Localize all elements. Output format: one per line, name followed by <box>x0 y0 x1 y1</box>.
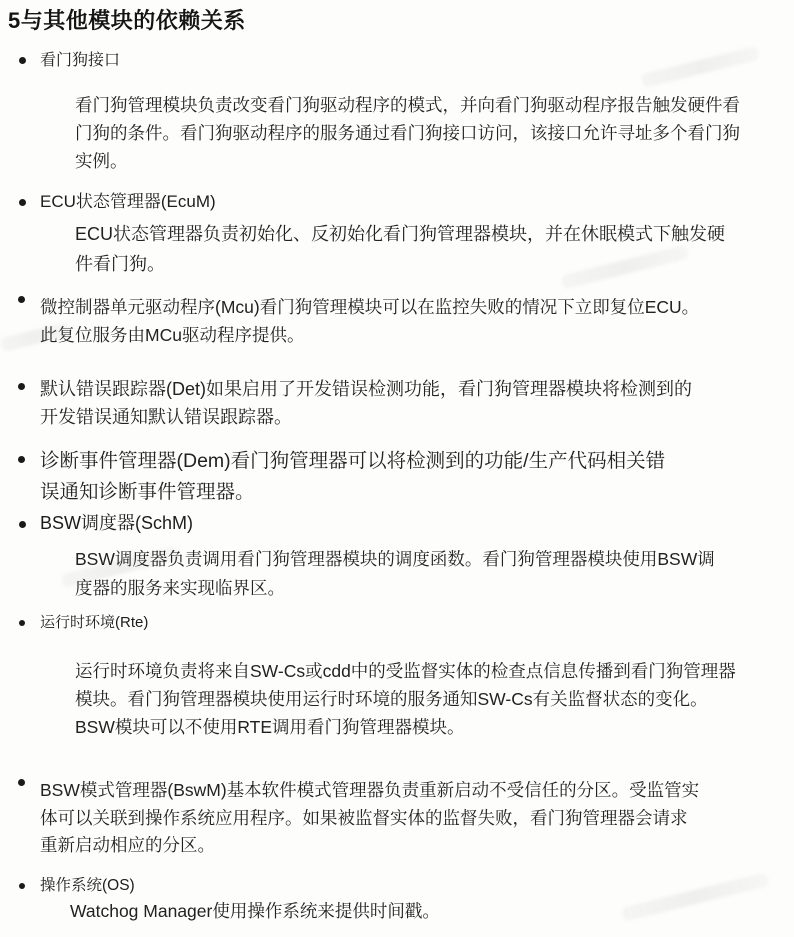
section-paragraph: BSW调度器负责调用看门狗管理器模块的调度函数。看门狗管理器模块使用BSW调度器… <box>75 545 715 603</box>
section-paragraph: 诊断事件管理器(Dem)看门狗管理器可以将检测到的功能/生产代码相关错误通知诊断… <box>40 446 670 508</box>
section-default-error-tracer: 默认错误跟踪器(Det)如果启用了开发错误检测功能，看门狗管理器模块将检测到的开… <box>0 375 794 431</box>
bullet-icon <box>19 620 25 626</box>
section-diagnostic-event-manager: 诊断事件管理器(Dem)看门狗管理器可以将检测到的功能/生产代码相关错误通知诊断… <box>0 446 794 508</box>
bullet-label: 操作系统(OS) <box>40 875 794 897</box>
section-paragraph: BSW模式管理器(BswM)基本软件模式管理器负责重新启动不受信任的分区。受监管… <box>40 777 700 860</box>
section-paragraph: 默认错误跟踪器(Det)如果启用了开发错误检测功能，看门狗管理器模块将检测到的开… <box>40 375 705 431</box>
bullet-label: ECU状态管理器(EcuM) <box>40 190 794 214</box>
bullet-icon <box>18 296 25 303</box>
section-paragraph: 看门狗管理模块负责改变看门狗驱动程序的模式，并向看门狗驱动程序报告触发硬件看门狗… <box>75 91 751 175</box>
bullet-icon <box>19 883 25 889</box>
bullet-icon <box>18 383 25 390</box>
section-watchdog-interface: 看门狗接口 看门狗管理模块负责改变看门狗驱动程序的模式，并向看门狗驱动程序报告触… <box>0 49 794 175</box>
section-mcu-driver: 微控制器单元驱动程序(Mcu)看门狗管理模块可以在监控失败的情况下立即复位ECU… <box>0 293 794 349</box>
section-bsw-scheduler: BSW调度器(SchM) BSW调度器负责调用看门狗管理器模块的调度函数。看门狗… <box>0 511 794 603</box>
bullet-icon <box>18 456 25 463</box>
document-page: 5与其他模块的依赖关系 看门狗接口 看门狗管理模块负责改变看门狗驱动程序的模式，… <box>0 0 794 937</box>
bullet-icon <box>19 521 26 528</box>
section-paragraph: ECU状态管理器负责初始化、反初始化看门狗管理器模块，并在休眠模式下触发硬件看门… <box>75 219 727 279</box>
bullet-label: BSW调度器(SchM) <box>40 511 794 536</box>
section-bsw-mode-manager: BSW模式管理器(BswM)基本软件模式管理器负责重新启动不受信任的分区。受监管… <box>0 777 794 860</box>
bullet-label: 看门狗接口 <box>40 49 794 72</box>
section-paragraph: 微控制器单元驱动程序(Mcu)看门狗管理模块可以在监控失败的情况下立即复位ECU… <box>40 293 705 349</box>
bullet-icon <box>19 199 26 206</box>
bullet-icon <box>18 779 25 786</box>
section-runtime-environment: 运行时环境(Rte) 运行时环境负责将来自SW-Cs或cdd中的受监督实体的检查… <box>0 612 794 741</box>
section-paragraph: Watchog Manager使用操作系统来提供时间戳。 <box>70 898 770 925</box>
bullet-icon <box>19 57 26 64</box>
bullet-label: 运行时环境(Rte) <box>40 612 794 633</box>
section-paragraph: 运行时环境负责将来自SW-Cs或cdd中的受监督实体的检查点信息传播到看门狗管理… <box>75 657 747 741</box>
page-title: 5与其他模块的依赖关系 <box>8 6 794 36</box>
section-operating-system: 操作系统(OS) Watchog Manager使用操作系统来提供时间戳。 <box>0 875 794 925</box>
section-ecu-state-manager: ECU状态管理器(EcuM) ECU状态管理器负责初始化、反初始化看门狗管理器模… <box>0 190 794 279</box>
